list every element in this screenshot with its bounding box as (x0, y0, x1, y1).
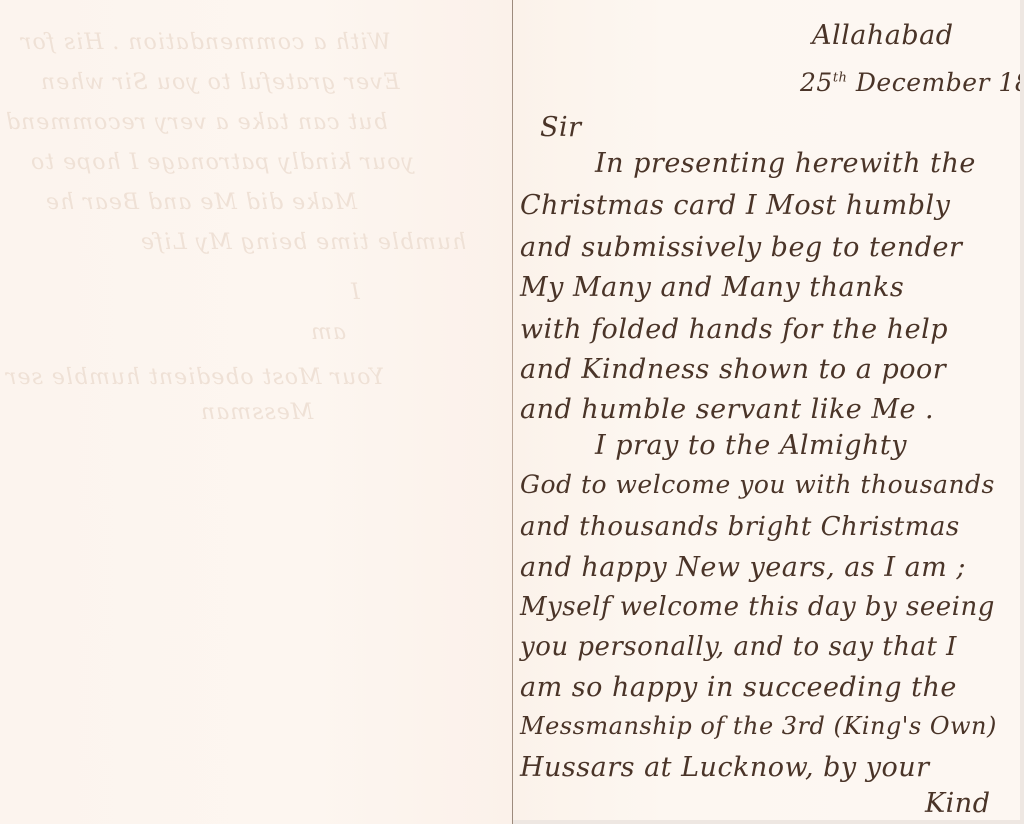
bleed-through-line: Ever grateful to you Sir when (40, 70, 400, 95)
letter-spread: With a commendation . His for Ever grate… (0, 0, 1024, 824)
salutation: Sir (540, 112, 582, 143)
bleed-through-line: am (310, 320, 346, 345)
bleed-through-line: With a commendation . His for (20, 30, 391, 55)
body-line: God to welcome you with thousands (520, 470, 995, 499)
body-line: you personally, and to say that I (520, 632, 957, 662)
body-line: am so happy in succeeding the (520, 672, 957, 703)
scan-edge-right (1020, 0, 1024, 824)
bleed-through-line: Messman (200, 400, 313, 425)
body-line: and submissively beg to tender (520, 232, 962, 263)
date-rest: December 1899. (856, 68, 1024, 97)
bleed-through-line: Make did Me and Bear he (45, 190, 357, 215)
scan-edge-bottom (513, 820, 1024, 824)
body-line: Messmanship of the 3rd (King's Own) (520, 712, 997, 740)
bleed-through-line: Your Most obedient humble ser (5, 365, 384, 390)
body-line: I pray to the Almighty (595, 430, 907, 461)
body-line: and humble servant like Me . (520, 394, 934, 425)
body-line: Kind (925, 788, 990, 819)
body-line: and thousands bright Christmas (520, 512, 960, 542)
bleed-through-line: your kindly patronage I hope to (30, 150, 414, 175)
body-line: and happy New years, as I am ; (520, 552, 966, 583)
body-line: Christmas card I Most humbly (520, 190, 950, 221)
bleed-through-line: but can take a very recommend (5, 110, 388, 135)
body-line: My Many and Many thanks (520, 272, 904, 303)
letter-date: 25th December 1899. (800, 68, 1024, 97)
body-line: and Kindness shown to a poor (520, 354, 946, 385)
bleed-through-line: humble time being My Life (140, 230, 466, 255)
left-page: With a commendation . His for Ever grate… (0, 0, 512, 824)
body-line: with folded hands for the help (520, 314, 948, 345)
date-day-suffix: th (833, 71, 848, 86)
body-line: Myself welcome this day by seeing (520, 592, 995, 622)
bleed-through-line: I (350, 280, 360, 305)
body-line: In presenting herewith the (595, 148, 976, 179)
body-line: Hussars at Lucknow, by your (520, 752, 930, 783)
letter-place: Allahabad (812, 20, 954, 51)
date-day: 25 (800, 68, 833, 97)
